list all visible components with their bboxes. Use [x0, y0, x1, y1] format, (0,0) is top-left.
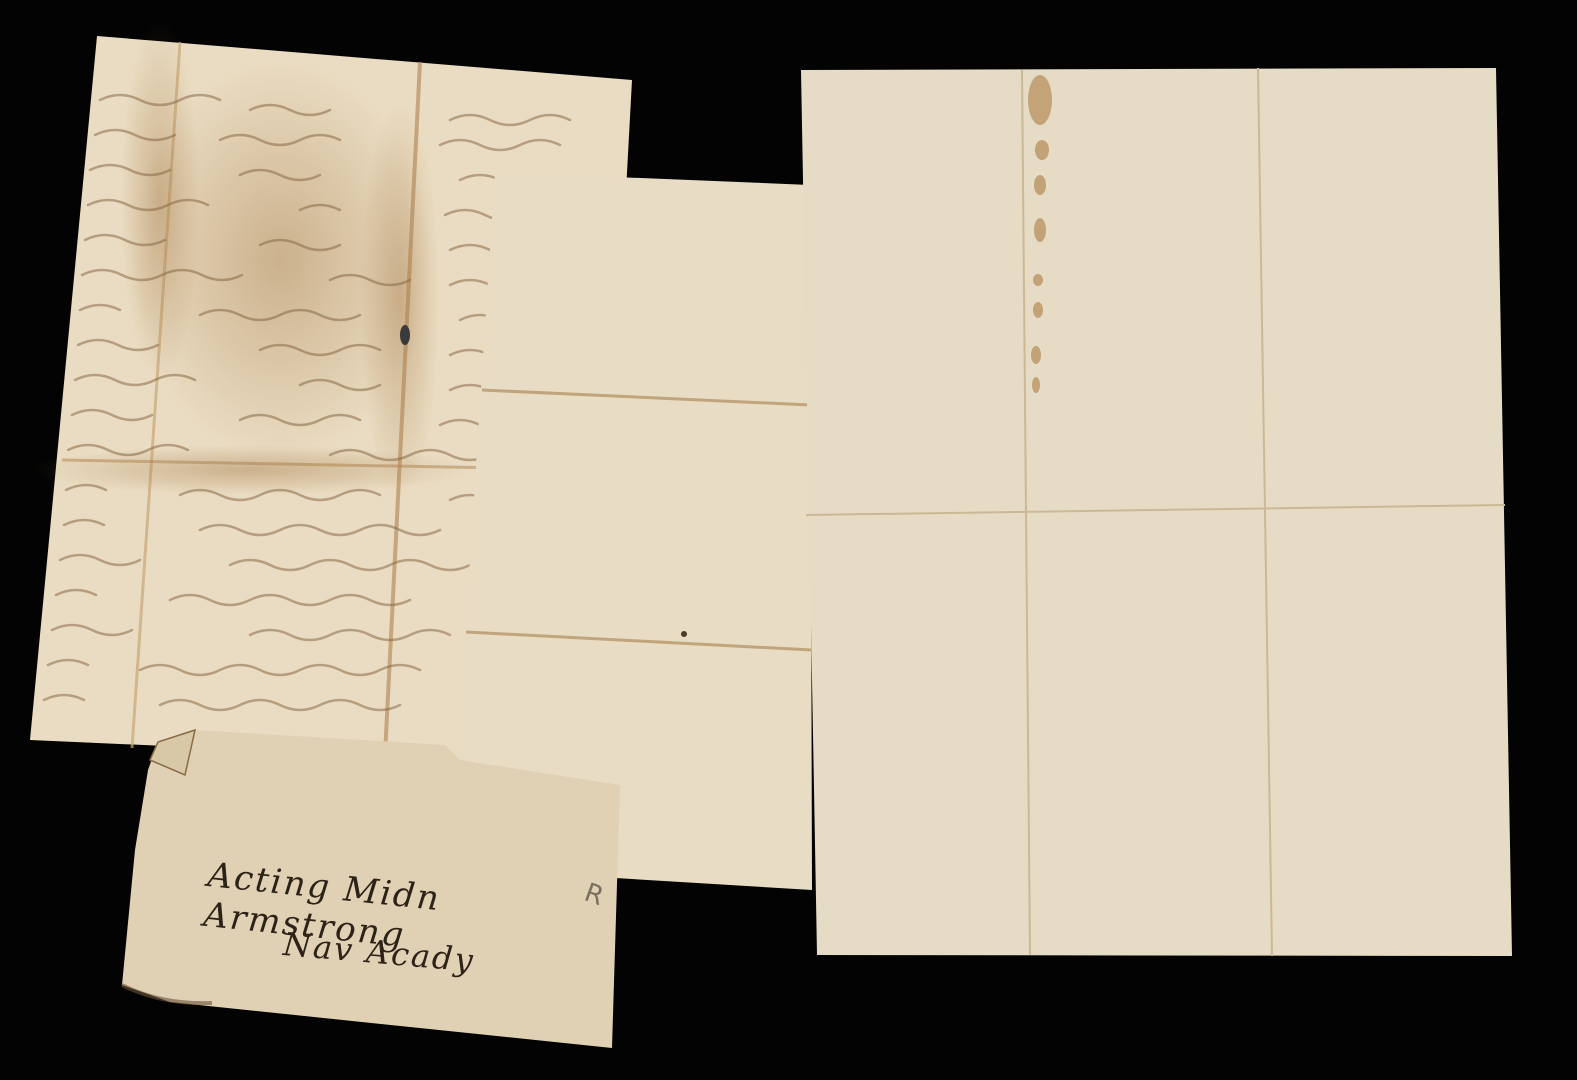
photo-background: Acting Midn Armstrong Nav Acady R: [0, 0, 1577, 1080]
envelope: Acting Midn Armstrong Nav Acady R: [0, 0, 640, 1080]
